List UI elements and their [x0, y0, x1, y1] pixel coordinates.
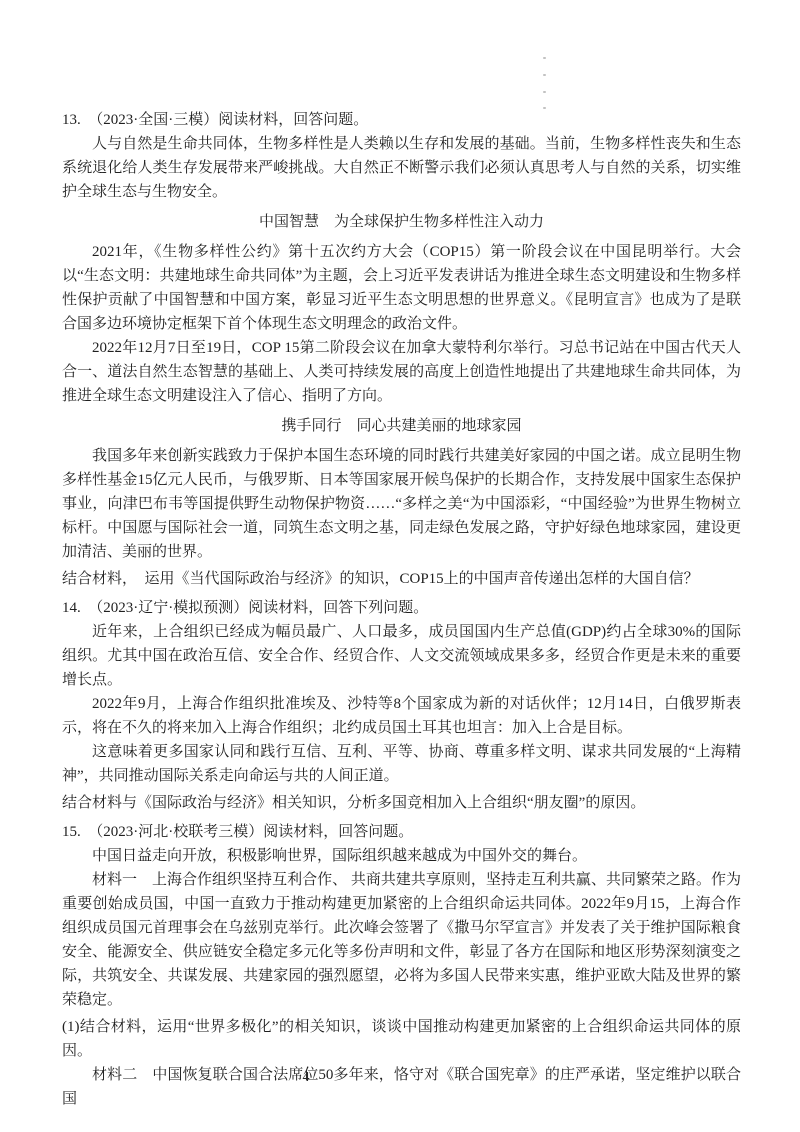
paragraph: 2022年9月，上海合作组织批准埃及、沙特等8个国家成为新的对话伙伴；12月14… — [62, 692, 741, 740]
section-title: 中国智慧 为全球保护生物多样性注入动力 — [62, 210, 741, 234]
document-body: 13. （2023·全国·三模）阅读材料，回答问题。人与自然是生命共同体，生物多… — [62, 103, 741, 1111]
paragraph: 2022年12月7日至19日，COP 15第二阶段会议在加拿大蒙特利尔举行。习总… — [62, 336, 741, 408]
section-title: 携手同行 同心共建美丽的地球家园 — [62, 414, 741, 438]
question-instruction: 结合材料与《国际政治与经济》相关知识，分析多国竞相加入上合组织“朋友圈”的原因。 — [62, 791, 741, 815]
question-header: 13. （2023·全国·三模）阅读材料，回答问题。 — [62, 108, 741, 132]
scan-artifact-dot — [543, 74, 546, 76]
document-page: 13. （2023·全国·三模）阅读材料，回答问题。人与自然是生命共同体，生物多… — [0, 0, 800, 1132]
page-number: 4 — [296, 1068, 316, 1088]
paragraph: 2021年，《生物多样性公约》第十五次约方大会（COP15）第一阶段会议在中国昆… — [62, 240, 741, 336]
paragraph: 这意味着更多国家认同和践行互信、互利、平等、协商、尊重多样文明、谋求共同发展的“… — [62, 740, 741, 788]
paragraph: 人与自然是生命共同体，生物多样性是人类赖以生存和发展的基础。当前，生物多样性丧失… — [62, 132, 741, 204]
paragraph: 中国日益走向开放，积极影响世界，国际组织越来越成为中国外交的舞台。 — [62, 844, 741, 868]
paragraph: 材料二 中国恢复联合国合法席位50多年来，恪守对《联合国宪章》的庄严承诺，坚定维… — [62, 1063, 741, 1111]
question-instruction: (1)结合材料，运用“世界多极化”的相关知识，谈谈中国推动构建更加紧密的上合组织… — [62, 1015, 741, 1063]
paragraph: 近年来，上合组织已经成为幅员最广、人口最多，成员国国内生产总值(GDP)约占全球… — [62, 620, 741, 692]
paragraph: 材料一 上海合作组织坚持互利合作、 共商共建共享原则，坚持走互利共赢、共同繁荣之… — [62, 868, 741, 1012]
question-header: 14. （2023·辽宁·模拟预测）阅读材料，回答下列问题。 — [62, 596, 741, 620]
question-header: 15. （2023·河北·校联考三模）阅读材料，回答问题。 — [62, 820, 741, 844]
scan-artifact-dot — [543, 91, 546, 93]
scan-artifact-dot — [543, 57, 546, 59]
paragraph: 我国多年来创新实践致力于保护本国生态环境的同时践行共建美好家园的中国之诺。成立昆… — [62, 444, 741, 564]
question-instruction: 结合材料， 运用《当代国际政治与经济》的知识，COP15上的中国声音传递出怎样的… — [62, 567, 741, 591]
